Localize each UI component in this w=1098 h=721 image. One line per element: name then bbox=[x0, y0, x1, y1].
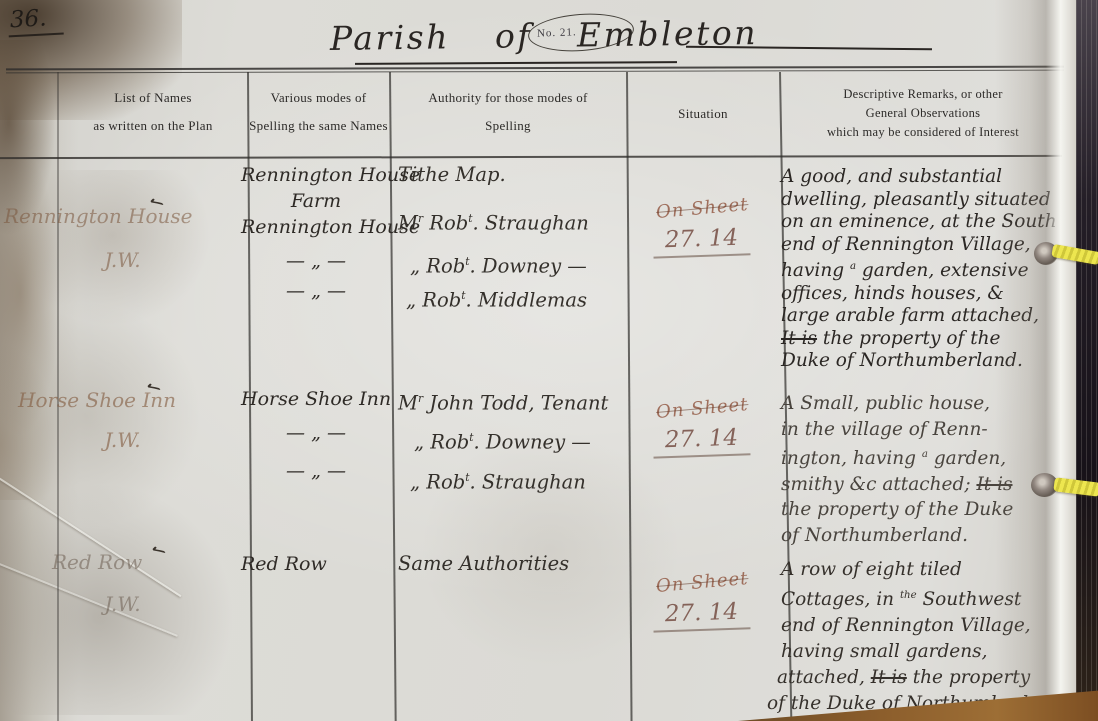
text-line: — „ — bbox=[241, 248, 391, 274]
text-line: List of Names bbox=[60, 90, 246, 106]
text-line: Situation bbox=[628, 106, 778, 122]
situation-sheet-label: On Sheet bbox=[655, 568, 749, 597]
text-line: Rennington House bbox=[241, 214, 391, 240]
column-header-situation: Situation bbox=[628, 106, 778, 122]
text-line: Spelling the same Names bbox=[249, 118, 388, 134]
text-line: Red Row bbox=[241, 551, 391, 577]
header-bottom-rule bbox=[0, 155, 1062, 159]
cell-situation-row3: On Sheet 27. 14 bbox=[632, 572, 772, 631]
cell-authorities-row1: Tithe Map.Mr Robt. Straughan„ Robt. Down… bbox=[398, 162, 626, 314]
cell-name-on-plan-row2: Horse Shoe InnJ.W. bbox=[10, 386, 235, 454]
situation-sheet-number: 27. 14 bbox=[632, 600, 772, 631]
text-line: „ Robt. Downey — bbox=[410, 249, 626, 280]
sheet-number-text: 27. 14 bbox=[653, 424, 751, 458]
cell-spellings-row1: Rennington HouseFarmRennington House— „ … bbox=[241, 162, 391, 304]
text-line: J.W. bbox=[10, 590, 235, 618]
sheet-number-text: 27. 14 bbox=[653, 598, 751, 632]
cell-spellings-row3: Red Row bbox=[241, 551, 391, 577]
text-line: Horse Shoe Inn bbox=[241, 386, 391, 412]
number-stamp: No. 21. bbox=[537, 26, 577, 39]
text-line: Rennington House bbox=[4, 202, 235, 230]
cell-authorities-row3: Same Authorities bbox=[398, 551, 626, 577]
situation-sheet-label: On Sheet bbox=[655, 394, 749, 423]
text-line: Red Row bbox=[52, 548, 235, 576]
text-line: — „ — bbox=[241, 420, 391, 446]
cell-name-on-plan-row1: Rennington HouseJ.W. bbox=[10, 202, 235, 274]
text-line: Tithe Map. bbox=[398, 162, 626, 188]
text-line: „ Robt. Middlemas bbox=[406, 283, 626, 314]
text-line: J.W. bbox=[10, 426, 235, 454]
situation-sheet-number: 27. 14 bbox=[632, 426, 772, 457]
column-header-authority: Authority for those modes ofSpelling bbox=[391, 90, 625, 134]
text-line: — „ — bbox=[241, 458, 391, 484]
page-curl-edge bbox=[995, 0, 1077, 721]
situation-sheet-number: 27. 14 bbox=[632, 226, 772, 257]
text-line: Rennington House bbox=[241, 162, 391, 188]
page-edges bbox=[1076, 0, 1098, 721]
text-line: — „ — bbox=[241, 278, 391, 304]
text-line: Spelling bbox=[391, 118, 625, 134]
cell-authorities-row2: Mr John Todd, Tenant„ Robt. Downey —„ Ro… bbox=[398, 386, 626, 496]
title-underline bbox=[355, 61, 677, 64]
text-line: J.W. bbox=[10, 246, 235, 274]
sheet-number-text: 27. 14 bbox=[653, 224, 751, 258]
text-line: Mr Robt. Straughan bbox=[398, 206, 626, 237]
text-line: „ Robt. Downey — bbox=[414, 425, 626, 456]
column-header-spelling: Various modes ofSpelling the same Names bbox=[249, 90, 388, 134]
cell-spellings-row2: Horse Shoe Inn— „ —— „ — bbox=[241, 386, 391, 484]
text-line: Same Authorities bbox=[398, 551, 626, 577]
cell-situation-row2: On Sheet 27. 14 bbox=[632, 398, 772, 457]
text-line: Various modes of bbox=[249, 90, 388, 106]
scanned-page-photo: 36. Parish of Embleton No. 21. List of N… bbox=[0, 0, 1098, 721]
text-line: Mr John Todd, Tenant bbox=[398, 386, 626, 417]
text-line: Farm bbox=[241, 188, 391, 214]
text-line: „ Robt. Straughan bbox=[410, 465, 626, 496]
text-line: as written on the Plan bbox=[60, 118, 246, 134]
situation-sheet-label: On Sheet bbox=[655, 194, 749, 223]
text-line: Horse Shoe Inn bbox=[18, 386, 235, 414]
text-line: Authority for those modes of bbox=[391, 90, 625, 106]
cell-name-on-plan-row3: Red RowJ.W. bbox=[10, 548, 235, 618]
column-header-names: List of Namesas written on the Plan bbox=[60, 90, 246, 134]
page-number: 36. bbox=[7, 5, 63, 38]
cell-situation-row1: On Sheet 27. 14 bbox=[632, 198, 772, 257]
